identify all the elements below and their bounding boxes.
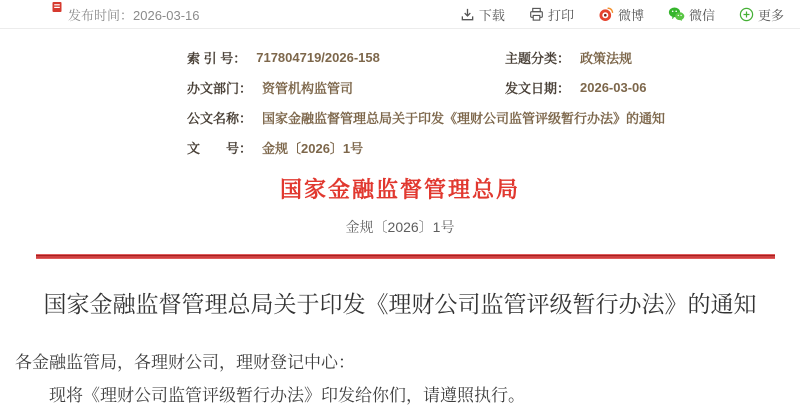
meta-index-value: 717804719/2026-158 [256, 50, 380, 65]
timestamp-icon [52, 1, 62, 16]
meta-index-label: 索 引 号： [187, 48, 246, 67]
meta-department-label: 办文部门： [187, 78, 252, 97]
letterhead-divider [36, 254, 775, 259]
meta-doc-name-value: 国家金融监督管理总局关于印发《理财公司监管评级暂行办法》的通知 [262, 108, 665, 127]
wechat-icon [668, 6, 685, 22]
weibo-icon [598, 6, 614, 22]
document-metadata: 索 引 号： 717804719/2026-158 主题分类： 政策法规 办文部… [187, 42, 800, 162]
print-icon [529, 7, 544, 22]
meta-topic: 主题分类： 政策法规 [505, 48, 632, 67]
meta-row-3: 公文名称： 国家金融监督管理总局关于印发《理财公司监管评级暂行办法》的通知 [187, 102, 800, 132]
meta-doc-number-value: 金规〔2026〕1号 [262, 138, 363, 157]
meta-topic-value: 政策法规 [580, 48, 632, 67]
meta-row-4: 文 号： 金规〔2026〕1号 [187, 132, 800, 162]
publish-time: 发布时间：2026-03-16 [52, 5, 200, 24]
publish-time-text: 发布时间：2026-03-16 [68, 5, 200, 24]
wechat-label: 微信 [689, 5, 715, 24]
body-paragraph: 现将《理财公司监管评级暂行办法》印发给你们，请遵照执行。 [15, 379, 784, 409]
print-label: 打印 [548, 5, 574, 24]
more-label: 更多 [758, 5, 784, 24]
download-icon [460, 7, 475, 22]
meta-issue-date-value: 2026-03-06 [580, 80, 647, 95]
meta-doc-name-label: 公文名称： [187, 108, 252, 127]
salutation-line: 各金融监管局，各理财公司，理财登记中心： [15, 346, 784, 379]
meta-department-value: 资管机构监管司 [262, 78, 353, 97]
meta-department: 办文部门： 资管机构监管司 [187, 78, 505, 97]
meta-doc-name: 公文名称： 国家金融监督管理总局关于印发《理财公司监管评级暂行办法》的通知 [187, 108, 665, 127]
meta-row-1: 索 引 号： 717804719/2026-158 主题分类： 政策法规 [187, 42, 800, 72]
doc-number-line: 金规〔2026〕1号 [0, 217, 800, 237]
document-body: 各金融监管局，各理财公司，理财登记中心： 现将《理财公司监管评级暂行办法》印发给… [15, 346, 784, 409]
print-button[interactable]: 打印 [529, 5, 574, 24]
agency-title: 国家金融监督管理总局 [0, 173, 800, 204]
meta-index: 索 引 号： 717804719/2026-158 [187, 48, 505, 67]
meta-doc-number: 文 号： 金规〔2026〕1号 [187, 138, 363, 157]
meta-topic-label: 主题分类： [505, 48, 570, 67]
page-title: 国家金融监督管理总局关于印发《理财公司监管评级暂行办法》的通知 [0, 286, 800, 319]
download-button[interactable]: 下载 [460, 5, 505, 24]
download-label: 下载 [479, 5, 505, 24]
more-plus-icon [739, 7, 754, 22]
share-weibo-button[interactable]: 微博 [598, 5, 644, 24]
meta-doc-number-label: 文 号： [187, 138, 252, 157]
meta-issue-date-label: 发文日期： [505, 78, 570, 97]
weibo-label: 微博 [618, 5, 644, 24]
meta-row-2: 办文部门： 资管机构监管司 发文日期： 2026-03-06 [187, 72, 800, 102]
toolbar: 发布时间：2026-03-16 下载 打印 微博 微信 [0, 0, 800, 29]
more-button[interactable]: 更多 [739, 5, 784, 24]
meta-issue-date: 发文日期： 2026-03-06 [505, 78, 647, 97]
toolbar-actions: 下载 打印 微博 微信 更多 [460, 5, 784, 24]
share-wechat-button[interactable]: 微信 [668, 5, 715, 24]
